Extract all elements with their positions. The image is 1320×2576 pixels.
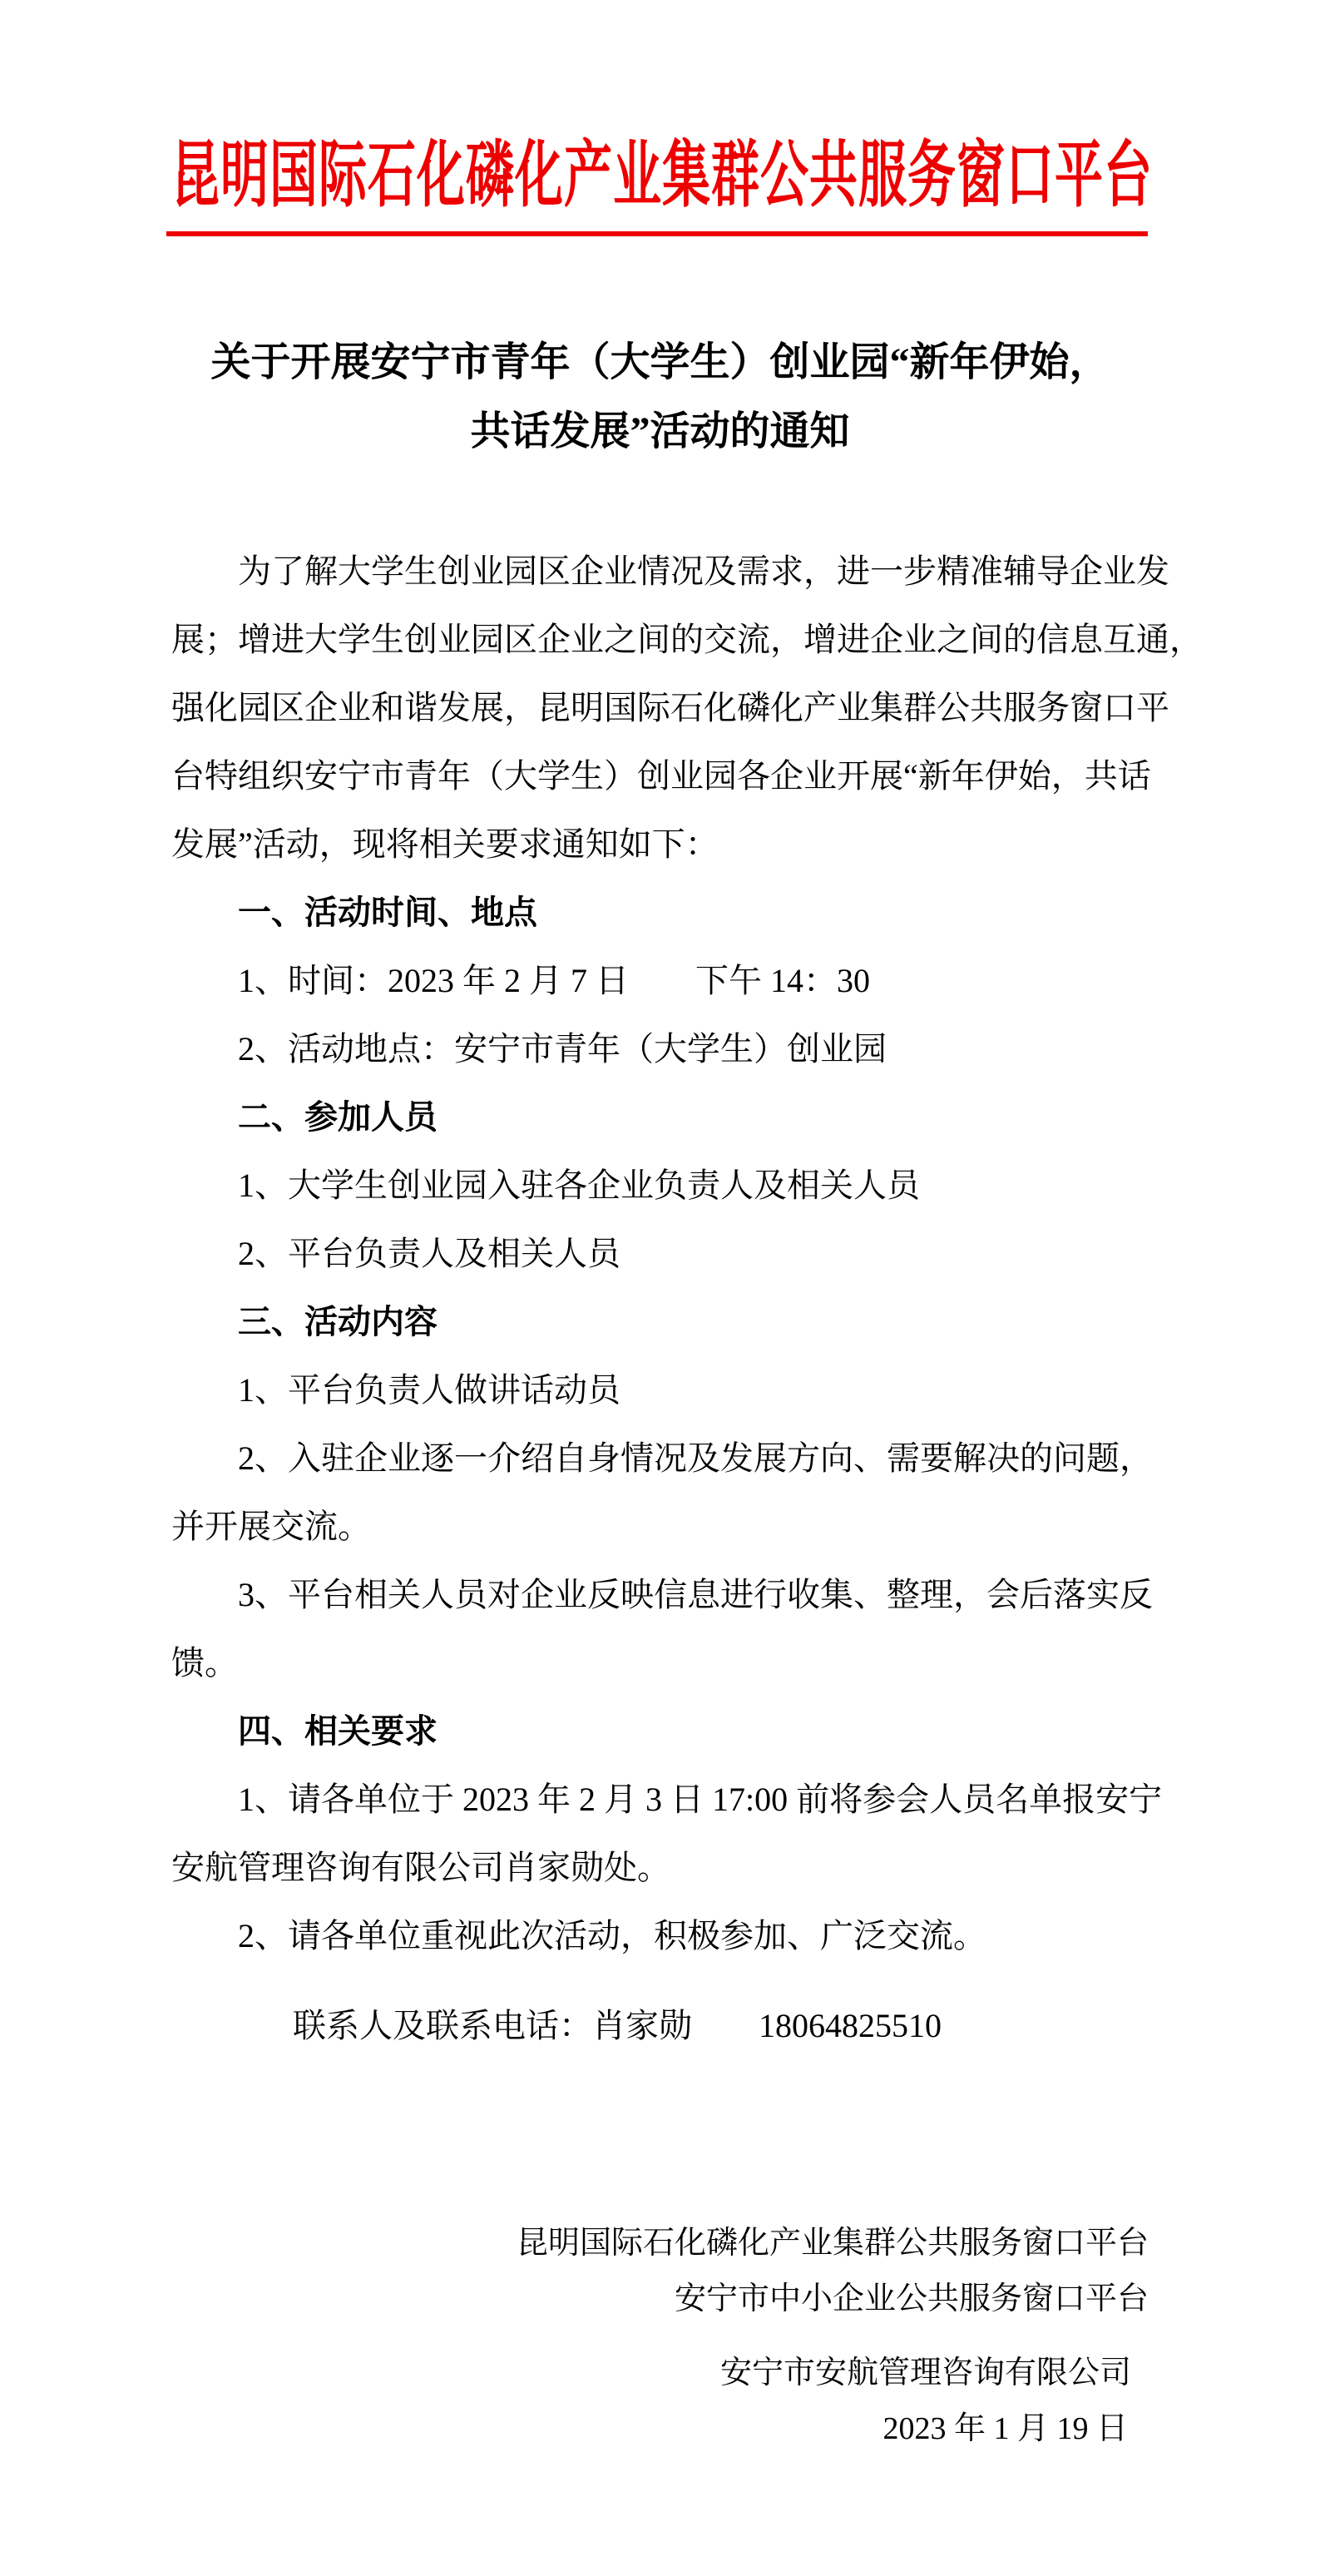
signature-org-lines: 昆明国际石化磷化产业集群公共服务窗口平台安宁市中小企业公共服务窗口平台	[171, 2216, 1149, 2327]
signature-date: 2023 年 1 月 19 日	[171, 2401, 1149, 2457]
notice-title: 关于开展安宁市青年（大学生）创业园“新年伊始，共话发展”活动的通知	[171, 328, 1149, 466]
body-line: 四、相关要求	[171, 1697, 1149, 1766]
contact-line: 联系人及联系电话：肖家勋 18064825510	[171, 1992, 1149, 2060]
body-line: 1、大学生创业园入驻各企业负责人及相关人员	[171, 1152, 1149, 1220]
body-line: 一、活动时间、地点	[171, 879, 1149, 947]
signature-block: 昆明国际石化磷化产业集群公共服务窗口平台安宁市中小企业公共服务窗口平台 安宁市安…	[171, 2216, 1149, 2457]
body-line: 1、请各单位于 2023 年 2 月 3 日 17:00 前将参会人员名单报安宁	[171, 1766, 1149, 1834]
body-line: 强化园区企业和谐发展，昆明国际石化磷化产业集群公共服务窗口平	[171, 674, 1149, 742]
body-line: 三、活动内容	[171, 1288, 1149, 1356]
body-line: 为了解大学生创业园区企业情况及需求，进一步精准辅导企业发	[171, 537, 1149, 606]
body-line: 2、活动地点：安宁市青年（大学生）创业园	[171, 1015, 1149, 1083]
signature-org-line: 安宁市中小企业公共服务窗口平台	[171, 2271, 1149, 2327]
body-line: 2、入驻企业逐一介绍自身情况及发展方向、需要解决的问题，	[171, 1424, 1149, 1493]
body-line: 3、平台相关人员对企业反映信息进行收集、整理，会后落实反	[171, 1561, 1149, 1629]
body-line: 1、时间：2023 年 2 月 7 日 下午 14：30	[171, 947, 1149, 1015]
signature-company: 安宁市安航管理咨询有限公司	[171, 2346, 1149, 2401]
letterhead-org-title: 昆明国际石化磷化产业集群公共服务窗口平台	[171, 140, 1149, 212]
notice-body: 为了解大学生创业园区企业情况及需求，进一步精准辅导企业发展；增进大学生创业园区企…	[171, 537, 1149, 2060]
notice-title-line: 共话发展”活动的通知	[171, 397, 1149, 466]
body-line: 台特组织安宁市青年（大学生）创业园各企业开展“新年伊始，共话	[171, 742, 1149, 810]
body-line: 展；增进大学生创业园区企业之间的交流，增进企业之间的信息互通，	[171, 606, 1149, 674]
body-line: 2、平台负责人及相关人员	[171, 1220, 1149, 1288]
body-line: 发展”活动，现将相关要求通知如下：	[171, 810, 1149, 879]
notice-document-page: 昆明国际石化磷化产业集群公共服务窗口平台 关于开展安宁市青年（大学生）创业园“新…	[0, 0, 1320, 2576]
signature-org-line: 昆明国际石化磷化产业集群公共服务窗口平台	[171, 2216, 1149, 2271]
body-line: 馈。	[171, 1629, 1149, 1697]
body-line: 二、参加人员	[171, 1083, 1149, 1152]
body-line: 安航管理咨询有限公司肖家勋处。	[171, 1834, 1149, 1902]
notice-title-line: 关于开展安宁市青年（大学生）创业园“新年伊始，	[171, 328, 1149, 397]
body-line: 并开展交流。	[171, 1493, 1149, 1561]
letterhead-rule	[166, 231, 1148, 236]
body-line: 1、平台负责人做讲话动员	[171, 1356, 1149, 1424]
body-line: 2、请各单位重视此次活动，积极参加、广泛交流。	[171, 1902, 1149, 1970]
